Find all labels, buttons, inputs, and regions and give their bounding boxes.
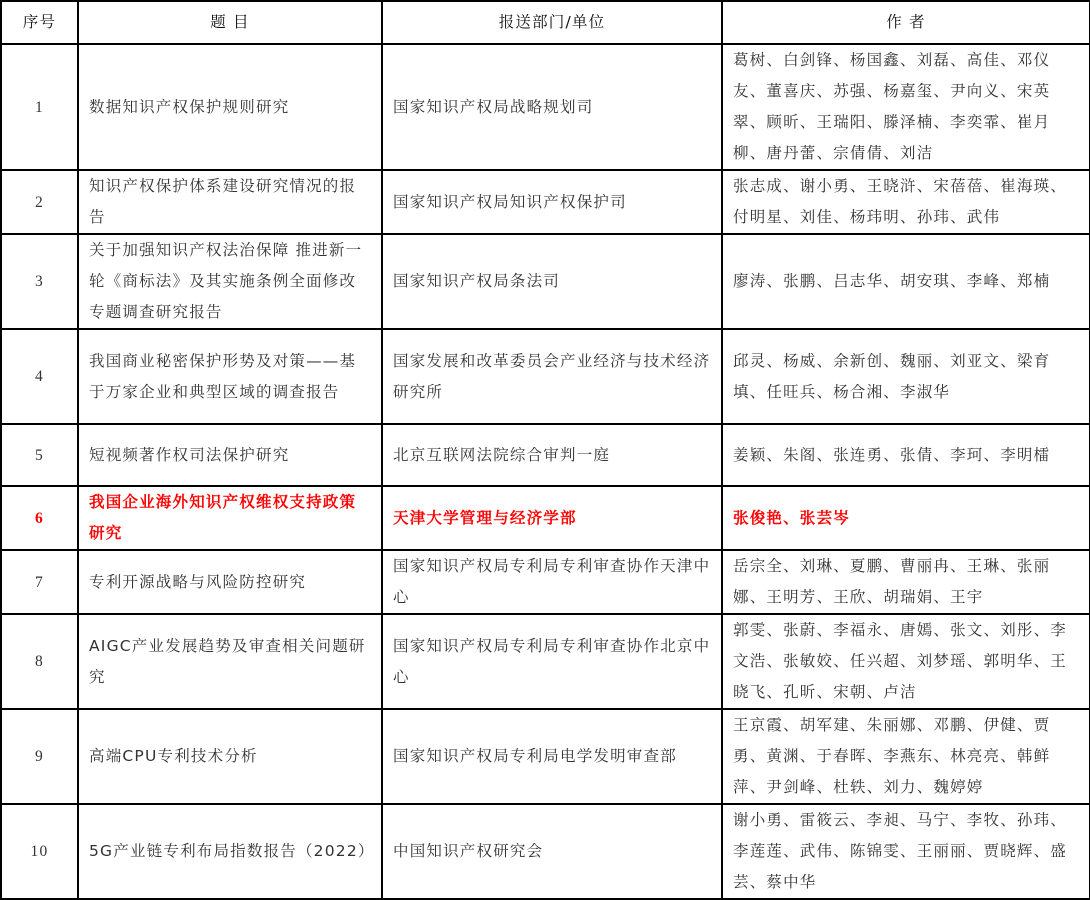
row-authors: 郭雯、张蔚、李福永、唐嫣、张文、刘彤、李文浩、张敏姣、任兴超、刘梦瑶、郭明华、王… (722, 614, 1090, 709)
row-dept: 中国知识产权研究会 (382, 804, 722, 889)
table-row: 3 关于加强知识产权法治保障 推进新一轮《商标法》及其实施条例全面修改专题调查研… (1, 234, 1090, 329)
row-authors: 姜颖、朱阁、张连勇、张倩、李珂、李明檑 (722, 424, 1090, 486)
row-title: 我国企业海外知识产权维权支持政策研究 (78, 486, 382, 550)
row-no: 4 (1, 329, 78, 424)
row-dept: 国家发展和改革委员会产业经济与技术经济研究所 (382, 329, 722, 424)
row-authors: 王京霞、胡军建、朱丽娜、邓鹏、伊健、贾勇、黄渊、于春晖、李燕东、林亮亮、韩鲜萍、… (722, 709, 1090, 804)
row-authors: 邱灵、杨威、余新创、魏丽、刘亚文、梁育填、任旺兵、杨合湘、李淑华 (722, 329, 1090, 424)
row-title: 5G产业链专利布局指数报告（2022） (78, 804, 382, 889)
row-title: 我国商业秘密保护形势及对策——基于万家企业和典型区域的调查报告 (78, 329, 382, 424)
row-authors: 廖涛、张鹏、吕志华、胡安琪、李峰、郑楠 (722, 234, 1090, 329)
header-no: 序号 (1, 1, 78, 44)
row-title: 高端CPU专利技术分析 (78, 709, 382, 804)
row-no: 9 (1, 709, 78, 804)
row-dept: 国家知识产权局专利局专利审查协作北京中心 (382, 614, 722, 709)
row-no: 8 (1, 614, 78, 709)
row-no: 10 (1, 804, 78, 889)
row-dept: 国家知识产权局条法司 (382, 234, 722, 329)
row-no: 6 (1, 486, 78, 550)
table-row-highlighted: 6 我国企业海外知识产权维权支持政策研究 天津大学管理与经济学部 张俊艳、张芸岑 (1, 486, 1090, 550)
row-dept: 国家知识产权局专利局电学发明审查部 (382, 709, 722, 804)
row-authors: 张俊艳、张芸岑 (722, 486, 1090, 550)
row-dept: 国家知识产权局专利局专利审查协作天津中心 (382, 550, 722, 614)
row-no: 5 (1, 424, 78, 486)
row-title: 数据知识产权保护规则研究 (78, 44, 382, 170)
table-row: 7 专利开源战略与风险防控研究 国家知识产权局专利局专利审查协作天津中心 岳宗全… (1, 550, 1090, 614)
row-no: 2 (1, 170, 78, 234)
row-dept: 天津大学管理与经济学部 (382, 486, 722, 550)
row-no: 1 (1, 44, 78, 170)
row-no: 7 (1, 550, 78, 614)
row-title: 专利开源战略与风险防控研究 (78, 550, 382, 614)
row-title: 短视频著作权司法保护研究 (78, 424, 382, 486)
header-authors: 作 者 (722, 1, 1090, 44)
table-row: 10 5G产业链专利布局指数报告（2022） 中国知识产权研究会 谢小勇、雷筱云… (1, 804, 1090, 889)
row-authors: 岳宗全、刘琳、夏鹏、曹丽冉、王琳、张丽娜、王明芳、王欣、胡瑞娟、王宇 (722, 550, 1090, 614)
table-row: 1 数据知识产权保护规则研究 国家知识产权局战略规划司 葛树、白剑锋、杨国鑫、刘… (1, 44, 1090, 170)
row-authors: 谢小勇、雷筱云、李昶、马宁、李牧、孙玮、李莲莲、武伟、陈锦雯、王丽丽、贾晓辉、盛… (722, 804, 1090, 889)
table-row: 9 高端CPU专利技术分析 国家知识产权局专利局电学发明审查部 王京霞、胡军建、… (1, 709, 1090, 804)
row-no: 3 (1, 234, 78, 329)
header-row: 序号 题 目 报送部门/单位 作 者 (1, 1, 1090, 44)
row-title: 关于加强知识产权法治保障 推进新一轮《商标法》及其实施条例全面修改专题调查研究报… (78, 234, 382, 329)
row-dept: 北京互联网法院综合审判一庭 (382, 424, 722, 486)
row-authors: 张志成、谢小勇、王晓浒、宋蓓蓓、崔海瑛、付明星、刘佳、杨玮明、孙玮、武伟 (722, 170, 1090, 234)
table-row: 2 知识产权保护体系建设研究情况的报告 国家知识产权局知识产权保护司 张志成、谢… (1, 170, 1090, 234)
table-row: 8 AIGC产业发展趋势及审查相关问题研究 国家知识产权局专利局专利审查协作北京… (1, 614, 1090, 709)
row-title: 知识产权保护体系建设研究情况的报告 (78, 170, 382, 234)
row-title: AIGC产业发展趋势及审查相关问题研究 (78, 614, 382, 709)
row-authors: 葛树、白剑锋、杨国鑫、刘磊、高佳、邓仪友、董喜庆、苏强、杨嘉玺、尹向义、宋英翠、… (722, 44, 1090, 170)
table-row: 4 我国商业秘密保护形势及对策——基于万家企业和典型区域的调查报告 国家发展和改… (1, 329, 1090, 424)
header-dept: 报送部门/单位 (382, 1, 722, 44)
header-title: 题 目 (78, 1, 382, 44)
row-dept: 国家知识产权局战略规划司 (382, 44, 722, 170)
table-row: 5 短视频著作权司法保护研究 北京互联网法院综合审判一庭 姜颖、朱阁、张连勇、张… (1, 424, 1090, 486)
awards-table: 序号 题 目 报送部门/单位 作 者 1 数据知识产权保护规则研究 国家知识产权… (0, 0, 1090, 889)
row-dept: 国家知识产权局知识产权保护司 (382, 170, 722, 234)
